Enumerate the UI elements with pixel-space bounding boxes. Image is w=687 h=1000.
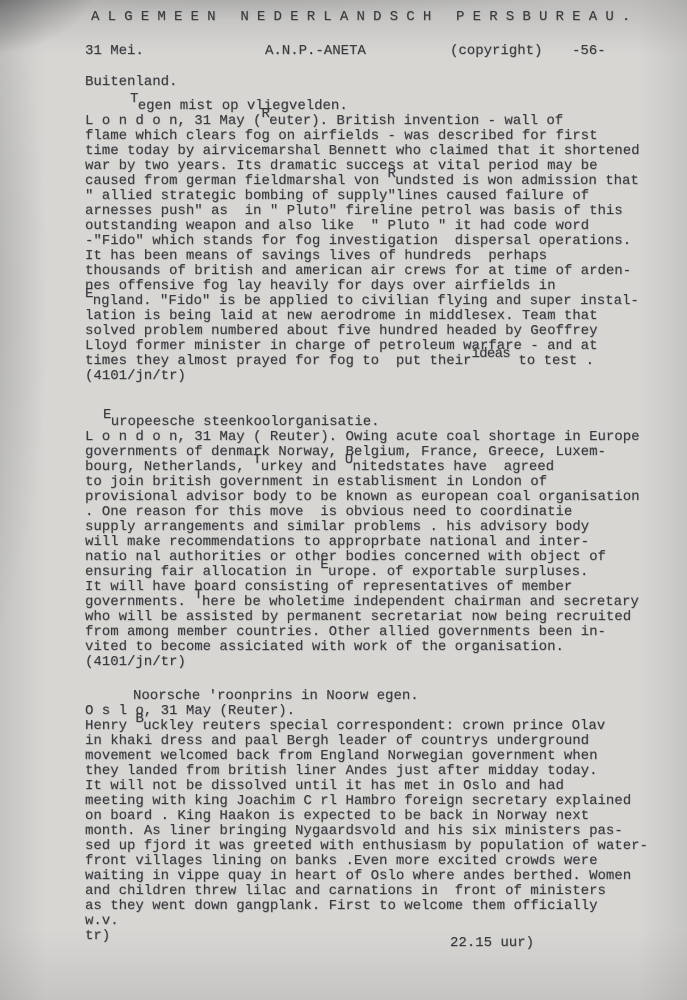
translator-initials: tr) [85, 929, 110, 944]
raised-text: T [253, 452, 261, 468]
text-line: times they almost prayed for fog to put … [85, 354, 669, 369]
text-line: ensuring fair allocation in Europe. of e… [85, 565, 669, 580]
text-line: caused from german fieldmarshal von Rund… [85, 174, 669, 189]
text-line: meeting with king Joachim C rl Hambro fo… [85, 794, 669, 809]
text-line: in khaki dress and paal Bergh leader of … [85, 734, 669, 749]
text-line: war by two years. Its dramatic success a… [85, 159, 669, 174]
text-line: . One reason for this move is obvious ne… [85, 505, 669, 520]
text-line: (4101/jn/tr) [85, 655, 669, 670]
text-line: Lloyd former minister in charge of petro… [85, 339, 669, 354]
text-line: waiting in vippe quay in heart of Oslo w… [85, 869, 669, 884]
raised-text: R [261, 106, 269, 122]
text-line: on board . King Haakon is expected to be… [85, 809, 669, 824]
text-line: vited to become assiciated with work of … [85, 640, 669, 655]
text-line: they landed from british liner Andes jus… [85, 764, 669, 779]
raised-text: T [130, 91, 138, 107]
text-line: England. "Fido" is be applied to civilia… [85, 294, 669, 309]
text-line: who will be assisted by permanent secret… [85, 610, 669, 625]
article-1: Tegen mist op vliegvelden.L o n d o n, 3… [85, 99, 669, 384]
text-line: outstanding weapon and also like " Pluto… [85, 219, 669, 234]
text-line: governments of denmark Norway, Belgium, … [85, 445, 669, 460]
text-line: lation is being laid at new aerodrome in… [85, 309, 669, 324]
agency-title: ALGEMEEN NEDERLANDSCH PERSBUREAU. [91, 10, 669, 25]
timestamp: 22.15 uur) [450, 936, 534, 951]
article-heading: Europeesche steenkoolorganisatie. [85, 415, 669, 430]
text-line: flame which clears fog on airfields - wa… [85, 129, 669, 144]
text-line: Henry Buckley reuters special correspond… [85, 719, 669, 734]
text-line: L o n d o n, 31 May (Reuter). British in… [85, 114, 669, 129]
scanned-press-bulletin: ALGEMEEN NEDERLANDSCH PERSBUREAU. 31 Mei… [0, 0, 687, 1000]
raised-text: E [320, 557, 328, 573]
copyright-label: (copyright) [450, 44, 542, 59]
raised-text: ideas [471, 346, 510, 362]
text-line: and children threw lilac and carnations … [85, 884, 669, 899]
article-signoff: (4101/jn/tr) [85, 369, 669, 384]
raised-text: U [345, 452, 353, 468]
text-line: L o n d o n, 31 May ( Reuter). Owing acu… [85, 430, 669, 445]
text-line: month. As liner bringing Nygaardsvold an… [85, 824, 669, 839]
text-line: It will have board consisting of represe… [85, 580, 669, 595]
raised-text: E [103, 407, 111, 423]
text-line: bourg, Netherlands, Turkey and Unitedsta… [85, 460, 669, 475]
text-line: nes offensive fog lay heavily for days o… [85, 279, 669, 294]
text-line: w.v. [85, 914, 669, 929]
text-line: to join british government in establisme… [85, 475, 669, 490]
dateline-row: 31 Mei. A.N.P.-ANETA (copyright) -56- [85, 44, 669, 59]
page-content: ALGEMEEN NEDERLANDSCH PERSBUREAU. 31 Mei… [0, 0, 687, 969]
date-label: 31 Mei. [85, 44, 144, 59]
text-line: It will not be dissolved until it has me… [85, 779, 669, 794]
article-2: Europeesche steenkoolorganisatie.L o n d… [85, 415, 669, 670]
text-line: -"Fido" which stands for fog investigati… [85, 234, 669, 249]
footer-row: tr) 22.15 uur) [85, 929, 669, 969]
text-line: arnesses push" as in " Pluto" fireline p… [85, 204, 669, 219]
text-line: from among member countries. Other allie… [85, 625, 669, 640]
text-line: provisional advisor body to be known as … [85, 490, 669, 505]
text-line: sed up fjord it was greeted with enthusi… [85, 839, 669, 854]
section-category-label: Buitenland. [85, 75, 669, 90]
text-line: time today by airvicemarshal Bennett who… [85, 144, 669, 159]
text-line: thousands of british and american air cr… [85, 264, 669, 279]
wire-service-label: A.N.P.-ANETA [265, 44, 366, 59]
text-line: solved problem numbered about five hundr… [85, 324, 669, 339]
page-number: -56- [572, 44, 606, 59]
text-line: " allied strategic bombing of supply"lin… [85, 189, 669, 204]
raised-text: T [194, 587, 202, 603]
article-heading: Tegen mist op vliegvelden. [85, 99, 669, 114]
text-line: O s l o, 31 May (Reuter). [85, 704, 669, 719]
raised-text: B [135, 711, 143, 727]
text-line: natio nal authorities or other bodies co… [85, 550, 669, 565]
text-line: It has been means of savings lives of hu… [85, 249, 669, 264]
text-line: front villages lining on banks .Even mor… [85, 854, 669, 869]
raised-text: E [85, 286, 93, 302]
article-3: Noorsche 'roonprins in Noorw egen.O s l … [85, 689, 669, 929]
text-line: as they went down gangplank. First to we… [85, 899, 669, 914]
text-line: governments. There be wholetime independ… [85, 595, 669, 610]
articles: Tegen mist op vliegvelden.L o n d o n, 3… [85, 99, 669, 929]
raised-text: R [387, 166, 395, 182]
text-line: supply arrangements and similar problems… [85, 520, 669, 535]
article-heading: Noorsche 'roonprins in Noorw egen. [85, 689, 669, 704]
text-line: will make recommendations to approprbate… [85, 535, 669, 550]
text-line: movement welcomed back from England Norw… [85, 749, 669, 764]
